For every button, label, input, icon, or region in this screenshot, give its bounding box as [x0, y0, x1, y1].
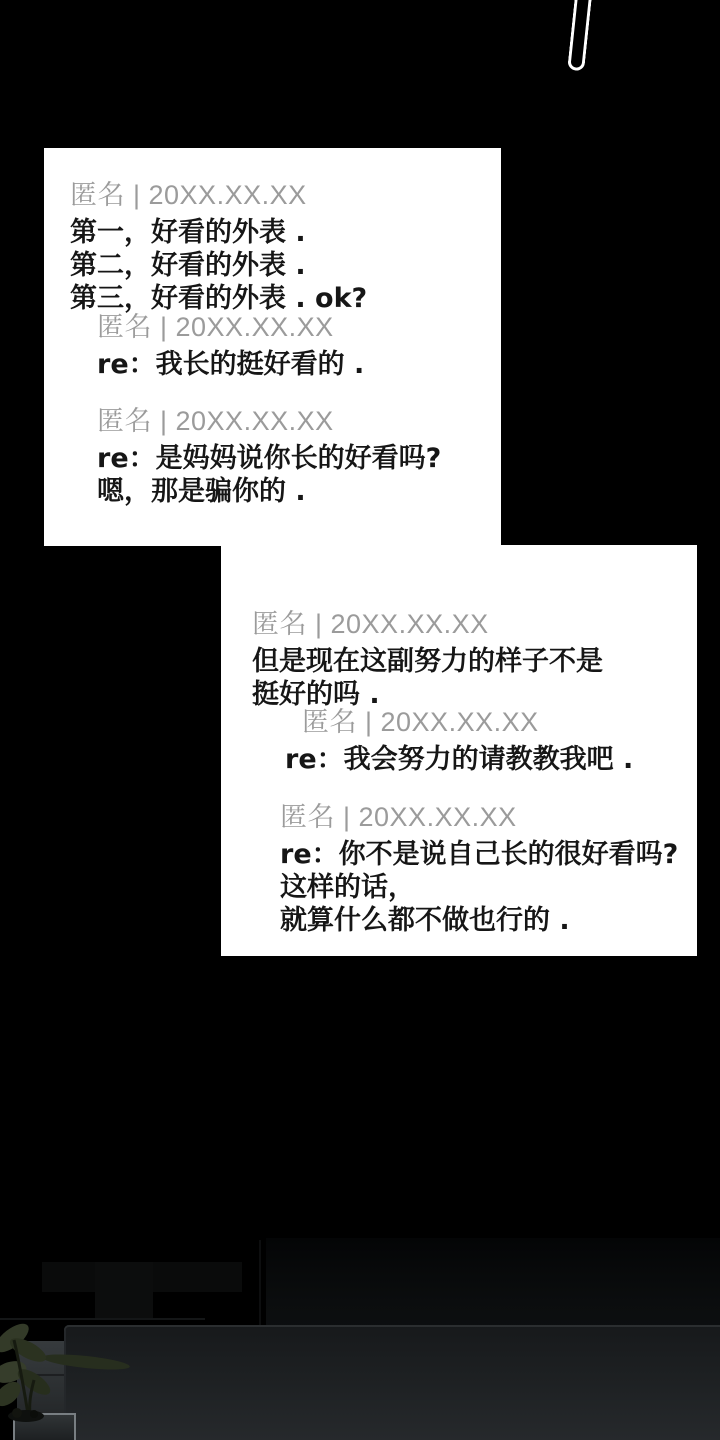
soil-stone — [12, 1408, 22, 1418]
post-line: 但是现在这副努力的样子不是 — [252, 645, 603, 678]
background-furniture-shadow — [95, 1262, 153, 1318]
potted-plant — [0, 1320, 154, 1440]
speed-flash-line — [567, 0, 593, 71]
forum-reply: 匿名 | 20XX.XX.XX re：我会努力的请教教我吧 . — [285, 706, 633, 776]
reply-line: re：是妈妈说你长的好看吗? — [97, 442, 441, 475]
forum-reply: 匿名 | 20XX.XX.XX re：你不是说自己长的很好看吗? 这样的话， 就… — [280, 801, 678, 937]
forum-post: 匿名 | 20XX.XX.XX 第一，好看的外表 . 第二，好看的外表 . 第三… — [70, 179, 367, 315]
leaf-long-right — [42, 1351, 131, 1372]
reply-header: 匿名 | 20XX.XX.XX — [97, 311, 364, 344]
webtoon-page: 匿名 | 20XX.XX.XX 第一，好看的外表 . 第二，好看的外表 . 第三… — [0, 0, 720, 1440]
reply-line: re：我长的挺好看的 . — [97, 348, 364, 381]
forum-reply: 匿名 | 20XX.XX.XX re：是妈妈说你长的好看吗? 嗯，那是骗你的 . — [97, 405, 441, 508]
reply-line: 嗯，那是骗你的 . — [97, 475, 441, 508]
reply-header: 匿名 | 20XX.XX.XX — [302, 706, 633, 739]
post-line: 第一，好看的外表 . — [70, 216, 367, 249]
reply-line: re：我会努力的请教教我吧 . — [285, 743, 633, 776]
soil-stone — [30, 1410, 38, 1418]
reply-header: 匿名 | 20XX.XX.XX — [97, 405, 441, 438]
wall-right-section — [266, 1238, 720, 1330]
reply-header: 匿名 | 20XX.XX.XX — [280, 801, 678, 834]
reply-line: 这样的话， — [280, 871, 678, 904]
post-header: 匿名 | 20XX.XX.XX — [252, 608, 603, 641]
reply-line: re：你不是说自己长的很好看吗? — [280, 838, 678, 871]
reply-line: 就算什么都不做也行的 . — [280, 904, 678, 937]
forum-reply: 匿名 | 20XX.XX.XX re：我长的挺好看的 . — [97, 311, 364, 381]
post-line: 第二，好看的外表 . — [70, 249, 367, 282]
post-header: 匿名 | 20XX.XX.XX — [70, 179, 367, 212]
bed-slab — [64, 1325, 720, 1440]
forum-post: 匿名 | 20XX.XX.XX 但是现在这副努力的样子不是 挺好的吗 . — [252, 608, 603, 711]
wall-corner-line — [259, 1240, 261, 1330]
comment-panel-1: 匿名 | 20XX.XX.XX 第一，好看的外表 . 第二，好看的外表 . 第三… — [44, 148, 501, 546]
comment-panel-2: 匿名 | 20XX.XX.XX 但是现在这副努力的样子不是 挺好的吗 . 匿名 … — [221, 545, 697, 956]
